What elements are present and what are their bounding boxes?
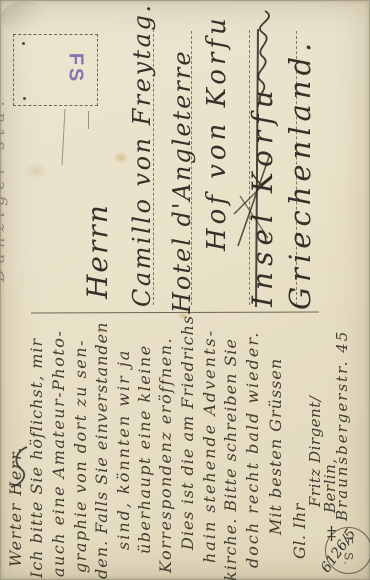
message-line: auch eine Amateur-Photo- bbox=[48, 330, 69, 577]
message-line: sind, könnten wir ja bbox=[113, 349, 134, 550]
message-line: überhaupt eine kleine bbox=[134, 344, 155, 554]
pencil-stroke bbox=[88, 111, 89, 129]
address-line: Herrn bbox=[81, 203, 115, 299]
message-line: doch recht bald wieder. bbox=[242, 331, 263, 568]
corner-dot bbox=[23, 97, 26, 100]
message-line: kirche. Bitte schreiben Sie bbox=[220, 338, 241, 580]
pencil-stroke bbox=[62, 109, 66, 165]
stain bbox=[1, 1, 47, 35]
address-line: Camillo von Freytag. bbox=[127, 3, 158, 307]
message-line: Dies ist die am Friedrichs- bbox=[177, 309, 198, 551]
signature-street: Braunsbergerstr. 45 bbox=[332, 330, 352, 521]
message-line: graphie von dort zu sen- bbox=[70, 339, 91, 573]
crossout-scribble-icon bbox=[249, 7, 283, 107]
message-line: hain stehende Advents- bbox=[199, 329, 220, 563]
message-line: den. Falls Sie einverstanden bbox=[91, 322, 112, 579]
crossout-strokes-icon bbox=[232, 146, 274, 251]
address-line: Griechenland. bbox=[282, 38, 318, 310]
address-line-struck: Hof von Korfu bbox=[201, 14, 234, 251]
message-line: Werter Herr. bbox=[5, 446, 26, 567]
postcard-back: FS Danziger stu. Herrn Camillo von Freyt… bbox=[0, 0, 370, 580]
postcard-photo: FS Danziger stu. Herrn Camillo von Freyt… bbox=[0, 0, 370, 580]
message-line: Ich bitte Sie höflichst, mir bbox=[26, 338, 47, 578]
stain bbox=[23, 161, 49, 181]
pencil-note: Danziger stu. bbox=[0, 95, 8, 282]
address-line: Hotel d'Angleterre bbox=[167, 49, 198, 313]
message-line: Mit besten Grüssen bbox=[265, 358, 286, 535]
fs-collector-stamp: FS bbox=[63, 53, 86, 85]
corner-dot bbox=[22, 42, 25, 45]
message-line: Korrespondenz eröffnen. bbox=[155, 337, 176, 573]
signature-line: Gl. Ihr bbox=[290, 503, 310, 559]
